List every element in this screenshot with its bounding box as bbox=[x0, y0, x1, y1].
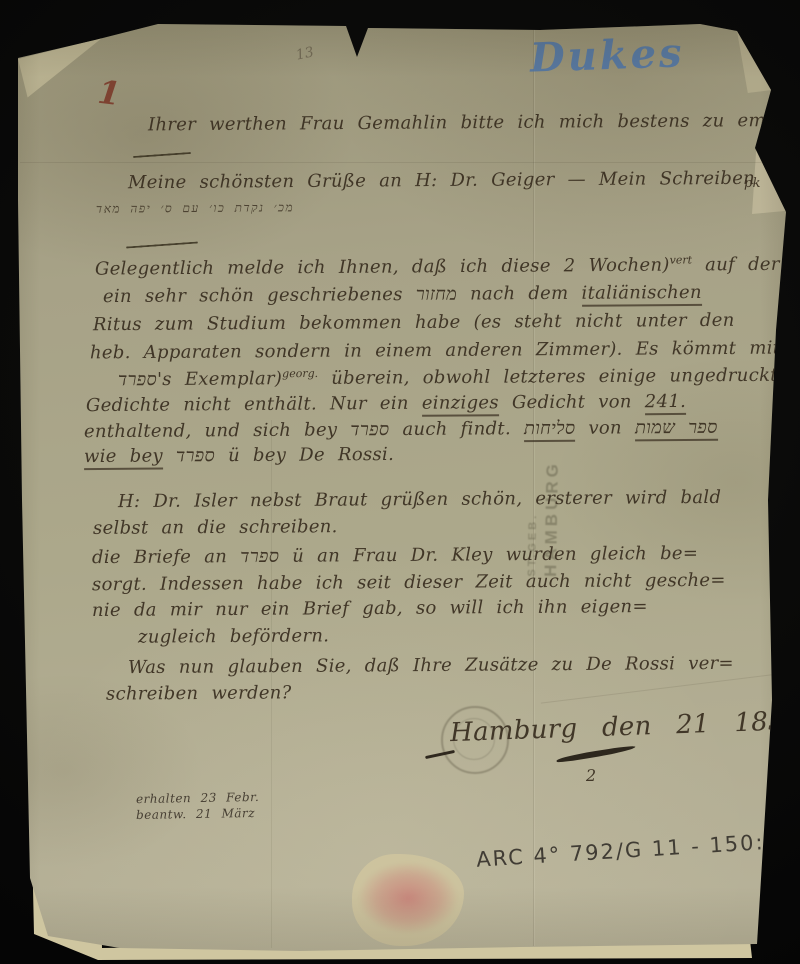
paper-sheet: ST.GEB. HAMBURG 13 Dukes 1 Ihrer werthen… bbox=[0, 0, 800, 964]
manuscript-scan: ST.GEB. HAMBURG 13 Dukes 1 Ihrer werthen… bbox=[0, 0, 800, 964]
edge-shading bbox=[0, 0, 800, 964]
